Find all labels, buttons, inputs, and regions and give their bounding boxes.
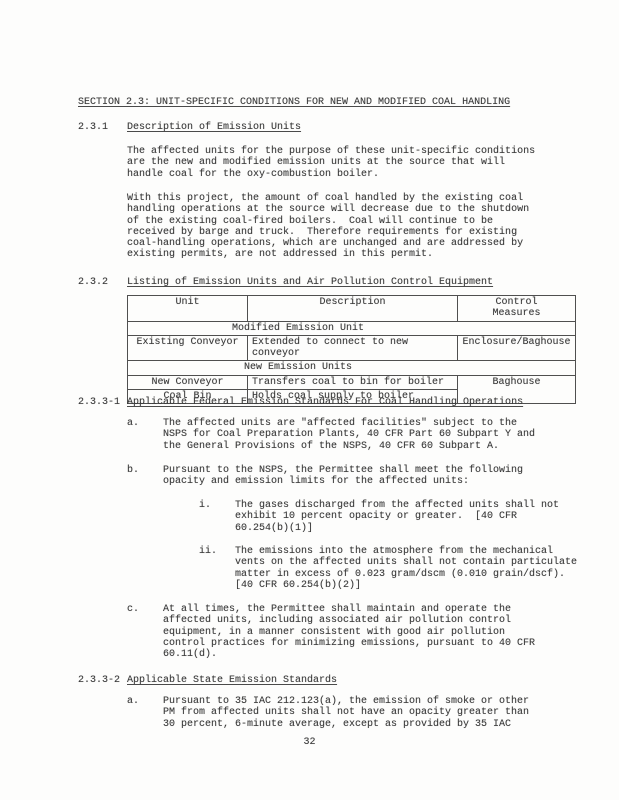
paragraph: With this project, the amount of coal ha… xyxy=(127,193,587,261)
item-label: ii. xyxy=(199,546,235,591)
section-number: 2.3.1 xyxy=(78,122,127,133)
table-row: New Conveyor Transfers coal to bin for b… xyxy=(128,375,576,389)
section-2-3-3-2: 2.3.3-2 Applicable State Emission Standa… xyxy=(78,675,337,686)
cell-unit: New Conveyor xyxy=(128,375,248,389)
item-text: Pursuant to 35 IAC 212.123(a), the emiss… xyxy=(163,696,563,730)
group-label-new: New Emission Units xyxy=(132,362,464,373)
item-a-federal: a. The affected units are "affected faci… xyxy=(127,418,563,452)
cell-description: Transfers coal to bin for boiler xyxy=(248,375,458,389)
emission-units-table-wrap: Unit Description Control Measures Modifi… xyxy=(127,295,576,404)
section-2-3-1: 2.3.1 Description of Emission Units xyxy=(78,122,301,133)
item-i: i. The gases discharged from the affecte… xyxy=(199,500,595,534)
section-number: 2.3.3-2 xyxy=(78,675,127,686)
section-heading: Applicable Federal Emission Standards Fo… xyxy=(127,397,523,408)
header-unit: Unit xyxy=(128,296,248,322)
item-text: The emissions into the atmosphere from t… xyxy=(235,546,595,591)
group-row-modified: Modified Emission Unit xyxy=(128,321,576,335)
item-label: c. xyxy=(127,604,163,660)
header-description: Description xyxy=(248,296,458,322)
section-number: 2.3.3-1 xyxy=(78,397,127,408)
section-heading: Applicable State Emission Standards xyxy=(127,675,337,686)
section-2-3-2: 2.3.2 Listing of Emission Units and Air … xyxy=(78,277,493,288)
group-label-modified: Modified Emission Unit xyxy=(132,323,464,334)
item-a-state: a. Pursuant to 35 IAC 212.123(a), the em… xyxy=(127,696,563,730)
page-number: 32 xyxy=(0,737,619,748)
section-heading: Listing of Emission Units and Air Pollut… xyxy=(127,277,493,288)
emission-units-table: Unit Description Control Measures Modifi… xyxy=(127,295,576,404)
paragraph: The affected units for the purpose of th… xyxy=(127,146,587,180)
item-label: a. xyxy=(127,418,163,452)
item-b-federal: b. Pursuant to the NSPS, the Permittee s… xyxy=(127,465,563,488)
cell-description: Extended to connect to new conveyor xyxy=(248,335,458,361)
section-heading: Description of Emission Units xyxy=(127,122,301,133)
item-text: Pursuant to the NSPS, the Permittee shal… xyxy=(163,465,563,488)
cell-unit: Existing Conveyor xyxy=(128,335,248,361)
cell-control: Enclosure/Baghouse xyxy=(458,335,576,361)
item-ii: ii. The emissions into the atmosphere fr… xyxy=(199,546,595,591)
item-text: The affected units are "affected facilit… xyxy=(163,418,563,452)
section-number: 2.3.2 xyxy=(78,277,127,288)
table-row: Existing Conveyor Extended to connect to… xyxy=(128,335,576,361)
section-title: SECTION 2.3: UNIT-SPECIFIC CONDITIONS FO… xyxy=(78,97,510,108)
item-label: b. xyxy=(127,465,163,488)
section-2-3-3-1: 2.3.3-1 Applicable Federal Emission Stan… xyxy=(78,397,523,408)
item-text: At all times, the Permittee shall mainta… xyxy=(163,604,563,660)
item-text: The gases discharged from the affected u… xyxy=(235,500,595,534)
item-c-federal: c. At all times, the Permittee shall mai… xyxy=(127,604,563,660)
item-label: a. xyxy=(127,696,163,730)
document-page: SECTION 2.3: UNIT-SPECIFIC CONDITIONS FO… xyxy=(0,0,619,800)
header-control-measures: Control Measures xyxy=(458,296,576,322)
item-label: i. xyxy=(199,500,235,534)
group-row-new: New Emission Units xyxy=(128,361,576,375)
table-header-row: Unit Description Control Measures xyxy=(128,296,576,322)
